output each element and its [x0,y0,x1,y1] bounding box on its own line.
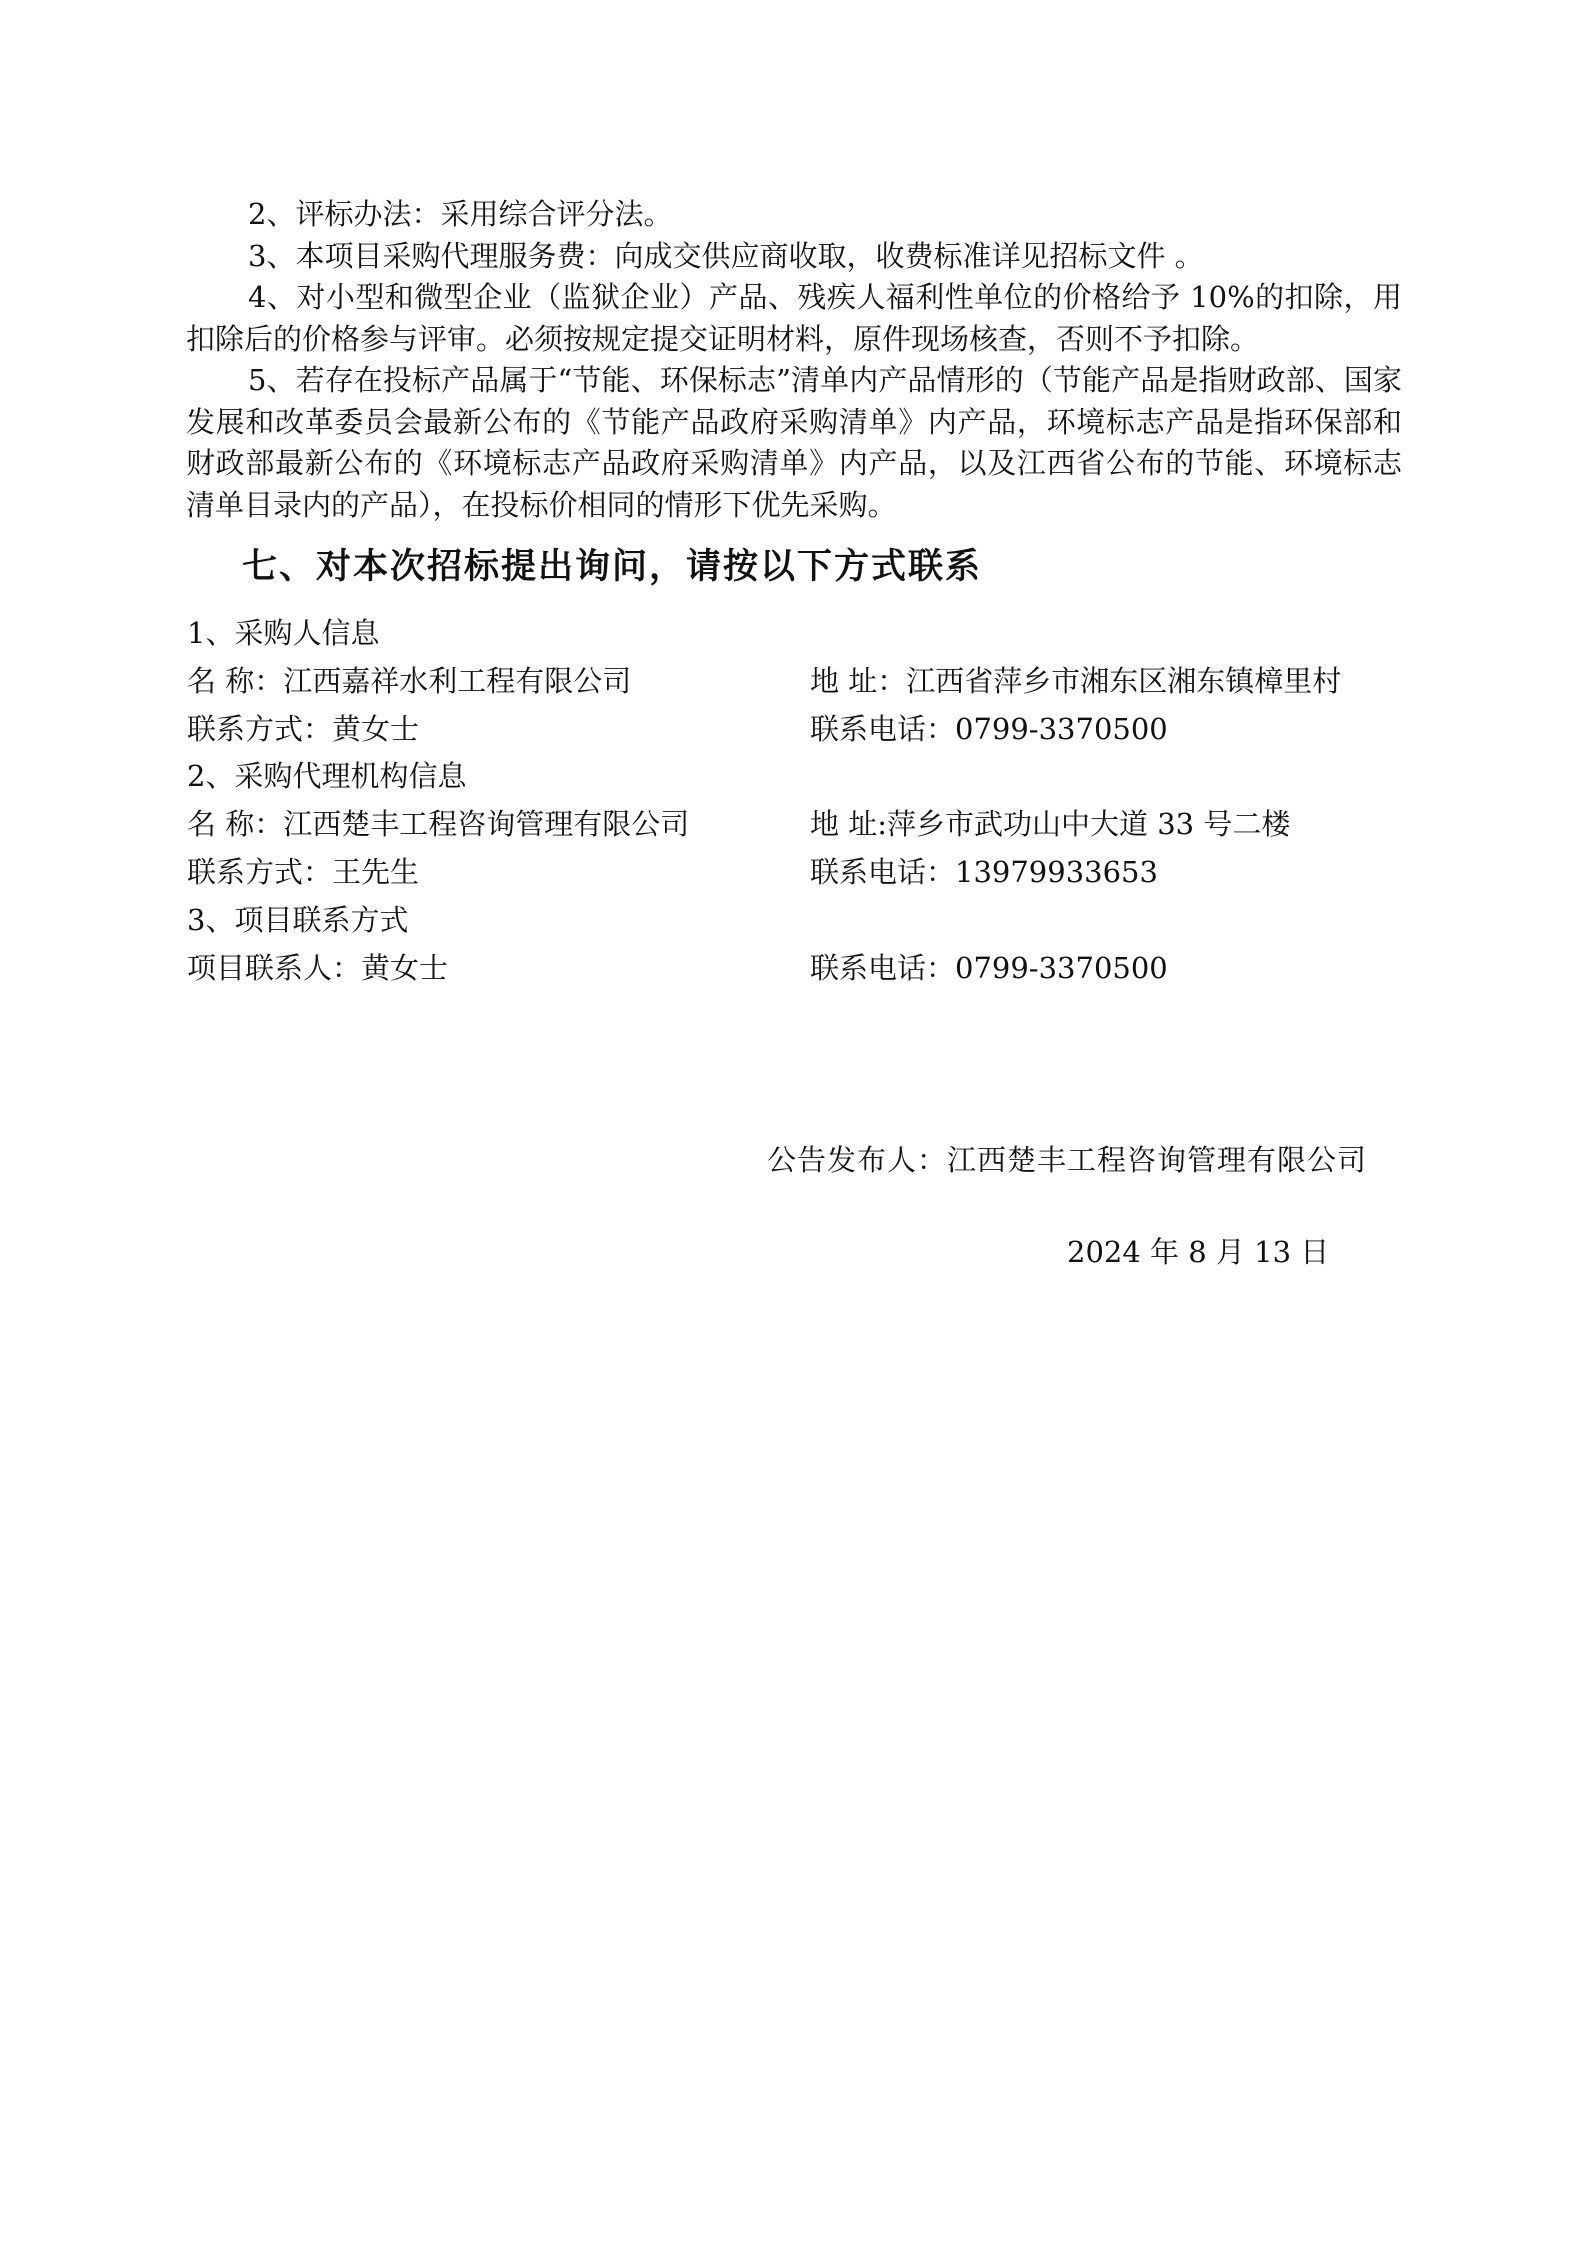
small-enterprise-discount-text: 4、对小型和微型企业（监狱企业）产品、残疾人福利性单位的价格给予 10%的扣除，… [186,280,1402,356]
agency-phone: 联系电话：13979933653 [810,848,1158,896]
agency-name: 名 称：江西楚丰工程咨询管理有限公司 [187,800,689,848]
project-contact: 项目联系人：黄女士 [187,944,448,992]
purchaser-name: 名 称：江西嘉祥水利工程有限公司 [187,657,631,705]
publish-date: 2024 年 8 月 13 日 [1067,1232,1329,1272]
agency-section-title: 2、采购代理机构信息 [187,752,466,800]
agency-fee-text: 3、本项目采购代理服务费：向成交供应商收取，收费标准详见招标文件 。 [248,239,1204,273]
section-heading: 七、对本次招标提出询问，请按以下方式联系 [242,545,982,589]
purchaser-section-title: 1、采购人信息 [187,609,379,657]
agency-fee-paragraph: 3、本项目采购代理服务费：向成交供应商收取，收费标准详见招标文件 。 [186,236,1402,278]
evaluation-method-text: 2、评标办法：采用综合评分法。 [248,197,672,231]
agency-address: 地 址:萍乡市武功山中大道 33 号二楼 [810,800,1290,848]
purchaser-contact: 联系方式：黄女士 [187,705,419,753]
energy-saving-priority-text: 5、若存在投标产品属于“节能、环保标志”清单内产品情形的（节能产品是指财政部、国… [186,363,1402,522]
project-phone: 联系电话：0799-3370500 [810,944,1168,992]
publisher: 公告发布人：江西楚丰工程咨询管理有限公司 [767,1140,1367,1180]
evaluation-method-paragraph: 2、评标办法：采用综合评分法。 [186,194,1402,236]
purchaser-address: 地 址：江西省萍乡市湘东区湘东镇樟里村 [810,657,1341,705]
document-page: 2、评标办法：采用综合评分法。 3、本项目采购代理服务费：向成交供应商收取，收费… [0,0,1587,2245]
small-enterprise-discount-paragraph: 4、对小型和微型企业（监狱企业）产品、残疾人福利性单位的价格给予 10%的扣除，… [186,277,1402,360]
agency-contact: 联系方式：王先生 [187,848,419,896]
project-section-title: 3、项目联系方式 [187,896,408,944]
energy-saving-priority-paragraph: 5、若存在投标产品属于“节能、环保标志”清单内产品情形的（节能产品是指财政部、国… [186,360,1402,526]
purchaser-phone: 联系电话：0799-3370500 [810,705,1168,753]
